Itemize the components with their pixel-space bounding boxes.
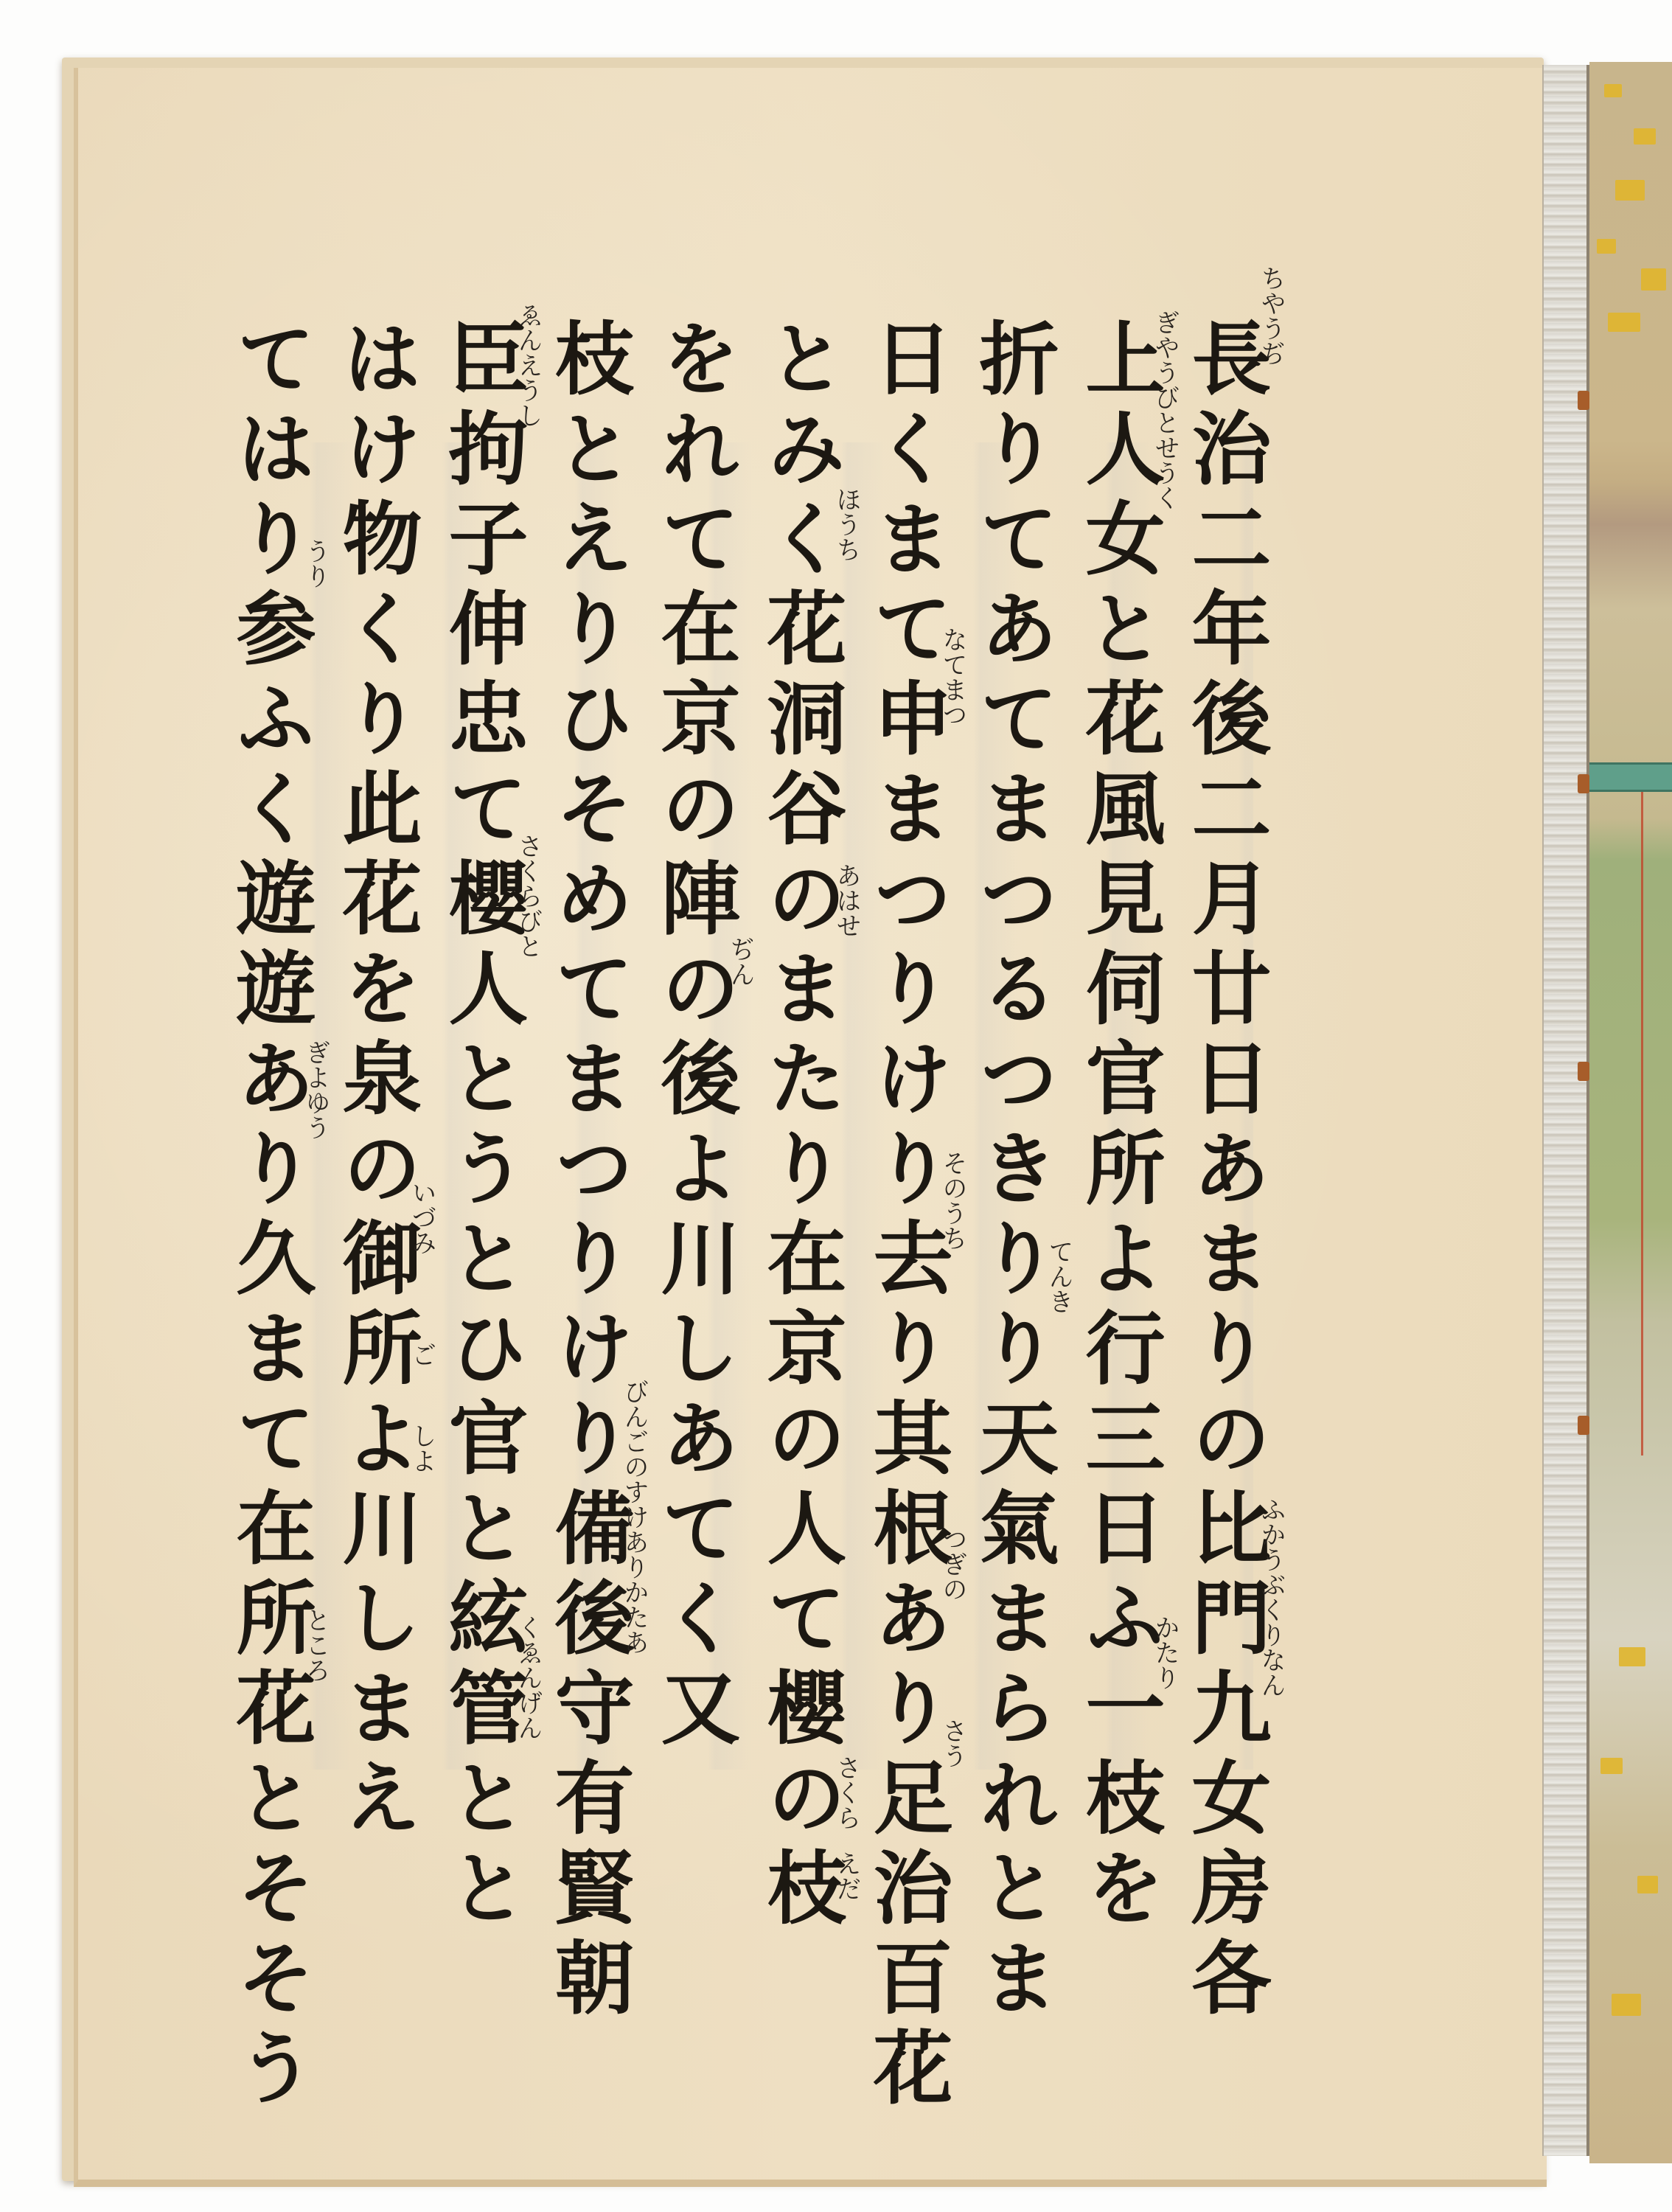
painted-railing: [1589, 762, 1672, 792]
ruby-annotation: つぎの: [938, 1526, 967, 1601]
ruby-annotation: ところ: [301, 1607, 330, 1683]
binding-thread: [1578, 774, 1589, 793]
painted-pillar-line: [1641, 792, 1643, 1455]
binding-thread: [1578, 1416, 1589, 1435]
text-column-9: はけ物くり此花を泉の御所よ川しまえ いづみ ご しよ: [320, 317, 426, 2028]
gold-leaf-fleck: [1637, 1876, 1658, 1893]
gold-leaf-fleck: [1641, 268, 1666, 291]
ruby-annotation: びんごのすけありかたあ: [619, 1379, 649, 1655]
gold-leaf-fleck: [1634, 128, 1656, 145]
silk-binding-strip: [1542, 65, 1589, 2156]
column-text: をれて在京の陣の後よ川しあてく又: [646, 317, 742, 1756]
text-column-10: てはり参ふく遊遊あり久まて在所花とそそう うり ぎよゆう ところ: [214, 317, 320, 2028]
ruby-annotation: そのうち: [938, 1150, 967, 1251]
ruby-annotation: あはせ: [832, 863, 861, 938]
gold-leaf-fleck: [1597, 239, 1616, 254]
ruby-annotation: いづみ: [407, 1180, 436, 1255]
gold-leaf-fleck: [1600, 1758, 1623, 1774]
ruby-annotation: さう: [938, 1718, 967, 1768]
gold-leaf-fleck: [1612, 1994, 1641, 2016]
text-column-7: 枝とえりひそめてまつりけり備後守有賢朝 びんごのすけありかたあ: [532, 317, 638, 2028]
column-text: 上人女と花風見伺官所よ行三日ふ一枝を: [1070, 317, 1166, 1936]
text-column-8: ゑんえうし 臣拘子伸忠て櫻人とうとひ官と絃管とと さくらびと くゑんげん: [426, 317, 532, 2028]
manuscript-photo: ちやうぢ 長治二年後二月廿日あまりの比門九女房各 ふかうぶくりなん ぎやうびとせ…: [0, 0, 1672, 2212]
ruby-annotation: てんき: [1044, 1239, 1073, 1314]
ruby-annotation: さくら: [832, 1755, 861, 1830]
column-text: 枝とえりひそめてまつりけり備後守有賢朝: [540, 317, 635, 2026]
text-column-4: なてまつ 日くまて申まつりけり去り其根あり足治百花 そのうち つぎの さう: [851, 317, 957, 2028]
binding-thread: [1578, 1062, 1589, 1081]
column-text: 長治二年後二月廿日あまりの比門九女房各: [1177, 317, 1272, 2026]
binding-thread: [1578, 391, 1589, 410]
text-column-6: をれて在京の陣の後よ川しあてく又 ぢん: [638, 317, 745, 2028]
column-text: とみく花洞谷のまたり在京の人て櫻の枝: [752, 317, 848, 1936]
text-column-5: ほうち とみく花洞谷のまたり在京の人て櫻の枝 あはせ さくら えだ: [745, 317, 851, 2028]
ruby-annotation: かたり: [1150, 1615, 1180, 1690]
ruby-annotation: くゑんげん: [513, 1615, 543, 1740]
text-column-2: ぎやうびとせうく 上人女と花風見伺官所よ行三日ふ一枝を かたり: [1063, 317, 1169, 2028]
text-column-1: ちやうぢ 長治二年後二月廿日あまりの比門九女房各 ふかうぶくりなん: [1169, 317, 1275, 2028]
gold-leaf-fleck: [1615, 180, 1645, 201]
ruby-annotation: ご: [407, 1342, 436, 1367]
gold-leaf-fleck: [1619, 1647, 1645, 1666]
text-column-3: 折りてあてまつるつきりり天氣まられとま てんき: [957, 317, 1063, 2028]
ruby-annotation: しよ: [407, 1423, 436, 1473]
column-text: はけ物くり此花を泉の御所よ川しまえ: [327, 317, 423, 1846]
column-text: 折りてあてまつるつきりり天氣まられとま: [964, 317, 1060, 2026]
gold-leaf-fleck: [1604, 84, 1622, 97]
facing-painted-page: [1589, 62, 1672, 2163]
ruby-annotation: うり: [301, 538, 330, 588]
gold-leaf-fleck: [1608, 313, 1640, 332]
ruby-annotation: ぢん: [725, 936, 755, 987]
ruby-annotation: えだ: [832, 1851, 861, 1901]
calligraphy-text-block: ちやうぢ 長治二年後二月廿日あまりの比門九女房各 ふかうぶくりなん ぎやうびとせ…: [214, 317, 1275, 2028]
ruby-annotation: ぎよゆう: [301, 1040, 330, 1140]
ruby-annotation: さくらびと: [513, 833, 543, 959]
ruby-annotation: ふかうぶくりなん: [1256, 1497, 1286, 1697]
